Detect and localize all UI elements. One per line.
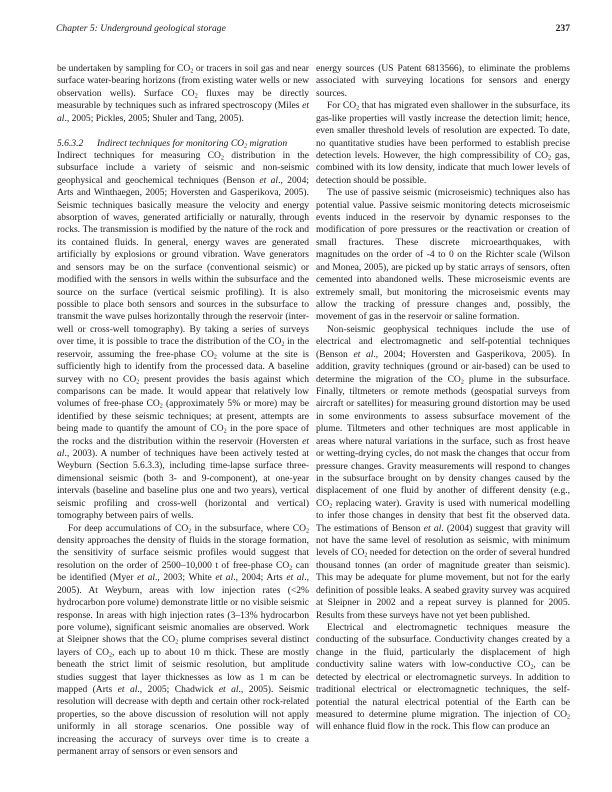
paragraph: Indirect techniques for measuring CO2 di…	[57, 150, 309, 523]
left-column: be undertaken by sampling for CO2 or tra…	[57, 63, 309, 759]
paragraph: Non-seismic geophysical techniques inclu…	[316, 324, 570, 622]
running-title: Chapter 5: Underground geological storag…	[56, 23, 226, 34]
paragraph: The use of passive seismic (microseismic…	[316, 187, 570, 324]
page-header: Chapter 5: Underground geological storag…	[56, 23, 570, 37]
paragraph: energy sources (US Patent 6813566), to e…	[316, 63, 570, 100]
paragraph: be undertaken by sampling for CO2 or tra…	[57, 63, 309, 125]
section-title: Indirect techniques for monitoring CO2 m…	[97, 138, 287, 149]
paragraph: For deep accumulations of CO2 in the sub…	[57, 523, 309, 759]
section-heading: 5.6.3.2Indirect techniques for monitorin…	[57, 138, 309, 150]
page-number: 237	[556, 23, 570, 34]
section-number: 5.6.3.2	[57, 138, 97, 150]
paragraph: Electrical and electromagnetic technique…	[316, 622, 570, 734]
right-column: energy sources (US Patent 6813566), to e…	[316, 63, 570, 734]
paragraph: For CO2 that has migrated even shallower…	[316, 100, 570, 187]
